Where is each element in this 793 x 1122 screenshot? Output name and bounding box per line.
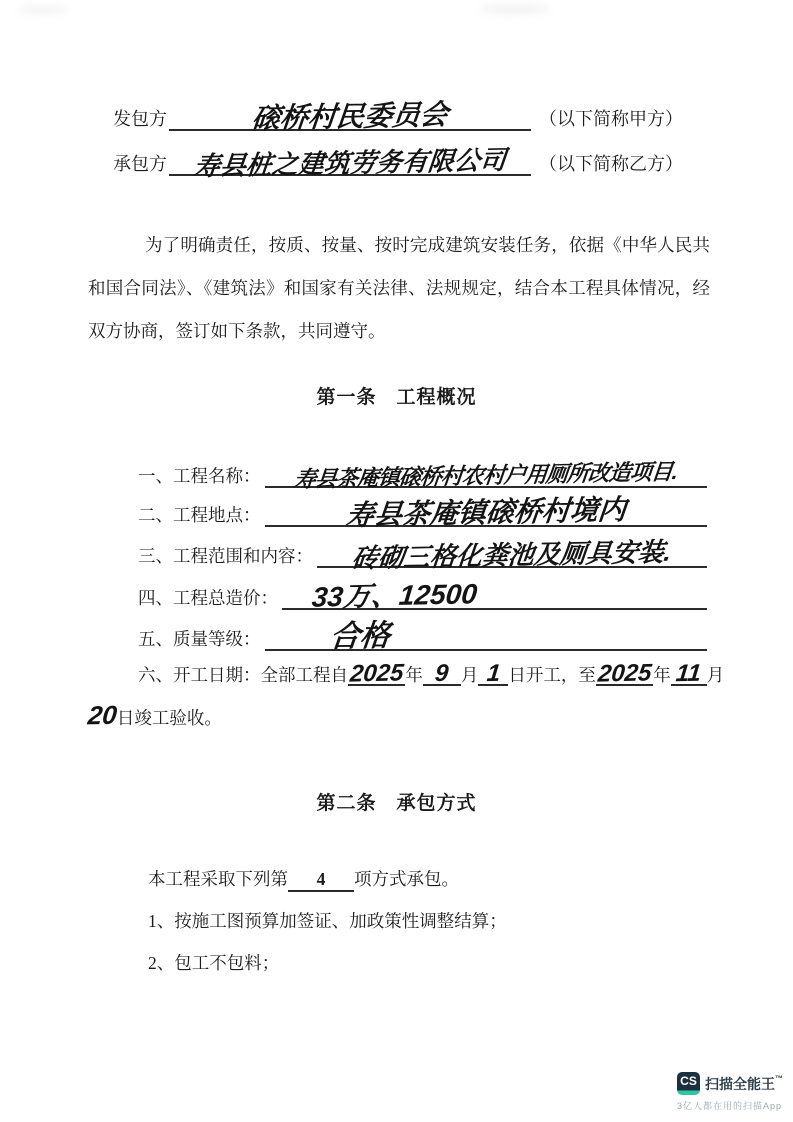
party-b-row: 承包方 寿县桩之建筑劳务有限公司 （以下简称乙方） [113, 149, 683, 176]
party-a-row: 发包方 磙桥村民委员会 （以下简称甲方） [113, 104, 683, 131]
month-label: 月 [461, 665, 479, 685]
contract-preamble: 为了明确责任，按质、按量、按时完成建筑安装任务，依据《中华人民共和国合同法》、《… [88, 224, 710, 353]
scan-smudge [480, 4, 550, 14]
item-project-name-handwritten-value: 寿县茶庵镇磙桥村农村户用厕所改造项目. [293, 463, 678, 490]
method-option-1: 1、按施工图预算加签证、加政策性调整结算； [148, 908, 507, 933]
item-project-scope-fill-line: 砖砌三格化粪池及厕具安装. [317, 532, 707, 568]
party-a-label: 发包方 [113, 105, 167, 131]
item-project-scope-handwritten-value: 砖砌三格化粪池及厕具安装. [351, 541, 672, 570]
party-a-fill-line: 磙桥村民委员会 [169, 102, 531, 131]
item-project-name-fill-line: 寿县茶庵镇磙桥村农村户用厕所改造项目. [265, 452, 708, 488]
end-year-label: 年 [653, 665, 671, 685]
item-project-location-row: 二、工程地点： 寿县茶庵镇磙桥村境内 [138, 493, 707, 527]
start-year-handwritten: 2025 [349, 663, 404, 685]
party-a-alias-note: （以下简称甲方） [539, 105, 683, 131]
item-quality-grade-label: 五、质量等级： [138, 626, 265, 651]
end-month-label: 月 [707, 665, 725, 685]
end-month-handwritten: 11 [675, 664, 702, 685]
scanned-contract-page: 发包方 磙桥村民委员会 （以下简称甲方） 承包方 寿县桩之建筑劳务有限公司 （以… [0, 0, 793, 1122]
article2-heading: 第二条 承包方式 [0, 788, 793, 815]
start-to-text: 日开工，至 [508, 665, 596, 685]
method-prefix: 本工程采取下列第 [148, 869, 288, 889]
end-year-handwritten: 2025 [597, 663, 652, 685]
party-b-fill-line: 寿县桩之建筑劳务有限公司 [169, 147, 531, 176]
start-month-handwritten: 9 [434, 664, 449, 685]
end-month-fill: 11 [671, 664, 707, 686]
party-a-handwritten-value: 磙桥村民委员会 [251, 103, 449, 131]
contract-method-line: 本工程采取下列第4项方式承包。 [148, 866, 459, 892]
item-quality-grade-handwritten-value: 合格 [328, 623, 391, 650]
item-project-scope-row: 三、工程范围和内容： 砖砌三格化粪池及厕具安装. [138, 534, 707, 568]
end-day-handwritten: 20 [87, 704, 118, 727]
camscanner-app-name-text: 扫描全能王 [705, 1076, 775, 1092]
item-start-date-text: 六、开工日期：全部工程自 [138, 665, 348, 685]
item-total-cost-handwritten-value: 33万、12500 [311, 582, 478, 609]
start-year-fill: 2025 [348, 664, 405, 686]
item-project-location-label: 二、工程地点： [138, 502, 265, 527]
completion-text: 日竣工验收。 [117, 708, 222, 728]
item-total-cost-fill-line: 33万、12500 [282, 574, 707, 610]
start-day-fill: 1 [478, 664, 508, 686]
start-day-handwritten: 1 [486, 664, 501, 685]
year-label: 年 [405, 665, 423, 685]
method-option-2: 2、包工不包料； [148, 950, 279, 975]
party-b-handwritten-value: 寿县桩之建筑劳务有限公司 [193, 149, 507, 178]
party-b-label: 承包方 [113, 150, 167, 176]
item-project-location-handwritten-value: 寿县茶庵镇磙桥村境内 [345, 498, 627, 528]
method-number-fill: 4 [288, 869, 354, 892]
camscanner-tagline: 3亿人都在用的扫描App [677, 1099, 777, 1112]
item-quality-grade-fill-line: 合格 [265, 615, 708, 651]
item-start-date-line1: 六、开工日期：全部工程自2025年9月1日开工，至2025年11月 [138, 662, 724, 688]
camscanner-watermark: CS 扫描全能王™ 3亿人都在用的扫描App [677, 1072, 777, 1112]
article1-heading: 第一条 工程概况 [0, 382, 793, 409]
camscanner-app-name: 扫描全能王™ [705, 1074, 783, 1094]
camscanner-logo-icon: CS [677, 1072, 700, 1095]
trademark-symbol: ™ [775, 1074, 783, 1083]
end-year-fill: 2025 [596, 664, 653, 686]
item-total-cost-label: 四、工程总造价： [138, 585, 282, 610]
item-total-cost-row: 四、工程总造价： 33万、12500 [138, 576, 707, 610]
item-quality-grade-row: 五、质量等级： 合格 [138, 617, 707, 651]
party-b-alias-note: （以下简称乙方） [539, 150, 683, 176]
camscanner-watermark-top: CS 扫描全能王™ [677, 1072, 777, 1095]
item-start-date-line2: 20日竣工验收。 [88, 704, 222, 731]
item-project-location-fill-line: 寿县茶庵镇磙桥村境内 [265, 491, 708, 527]
scan-smudge [18, 6, 68, 14]
item-project-name-row: 一、工程名称： 寿县茶庵镇磙桥村农村户用厕所改造项目. [138, 454, 707, 488]
method-suffix: 项方式承包。 [354, 869, 459, 889]
item-project-scope-label: 三、工程范围和内容： [138, 543, 317, 568]
item-project-name-label: 一、工程名称： [138, 463, 265, 488]
start-month-fill: 9 [423, 664, 461, 686]
